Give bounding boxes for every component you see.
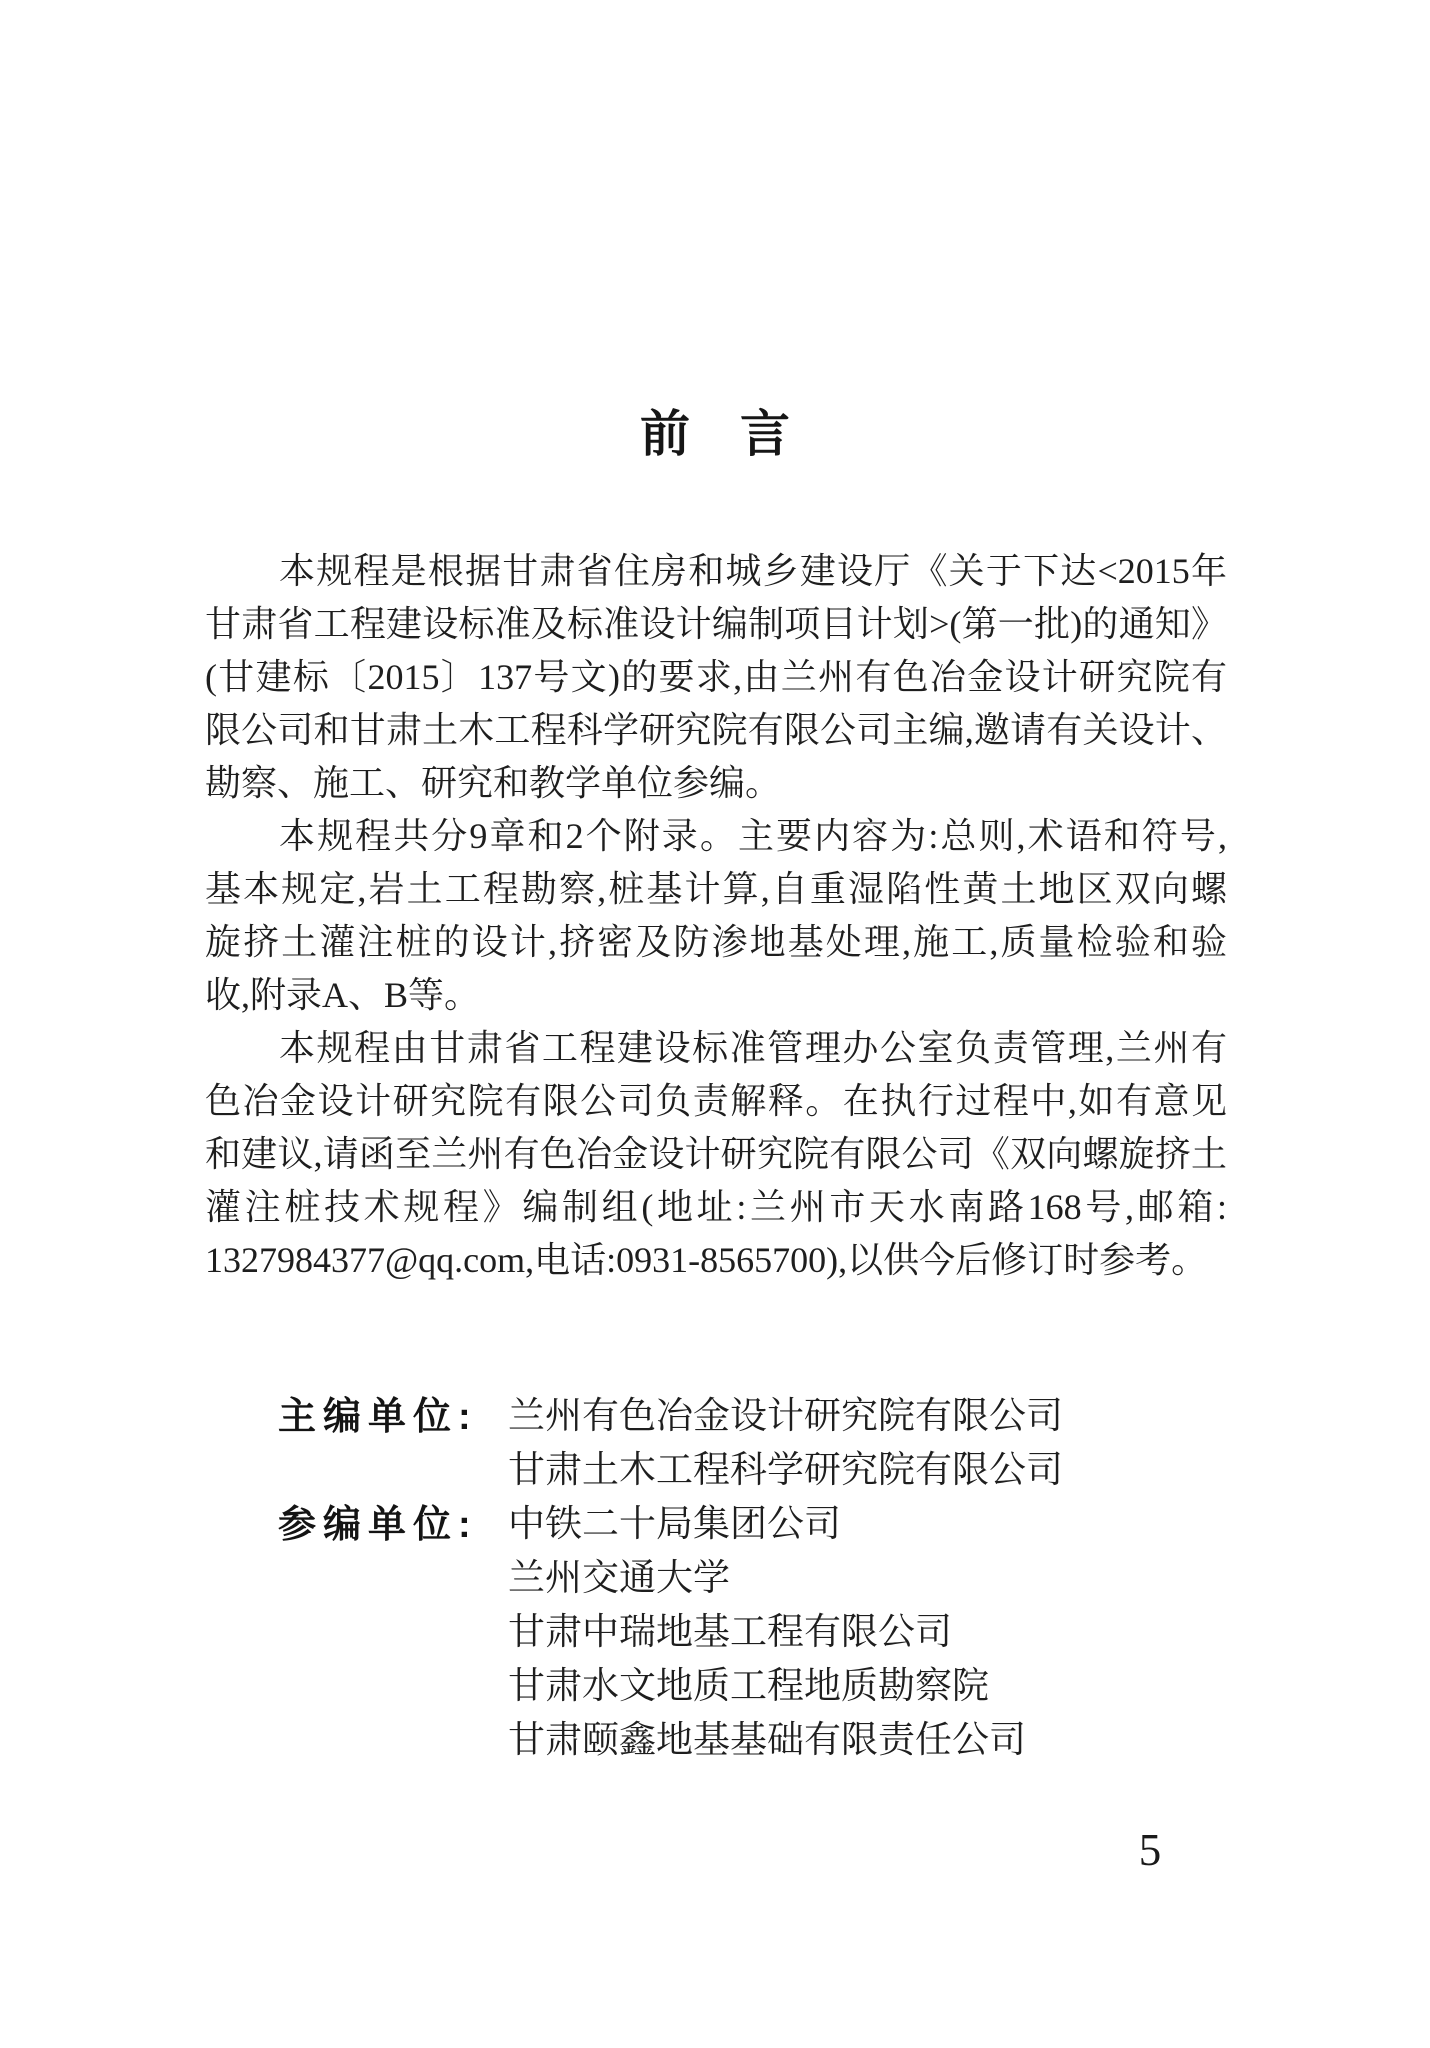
preface-line: (甘建标〔2015〕137号文)的要求,由兰州有色冶金设计研究院有	[205, 651, 1227, 704]
organization-name: 甘肃中瑞地基工程有限公司	[508, 1606, 1026, 1660]
participating-unit-row: 参编单位: 中铁二十局集团公司 兰州交通大学 甘肃中瑞地基工程有限公司 甘肃水文…	[278, 1498, 1063, 1768]
paragraph: 本规程共分9章和2个附录。主要内容为:总则,术语和符号, 基本规定,岩土工程勘察…	[205, 810, 1227, 1022]
chief-editing-unit-row: 主编单位: 兰州有色冶金设计研究院有限公司 甘肃土木工程科学研究院有限公司	[278, 1390, 1063, 1498]
organization-name: 中铁二十局集团公司	[508, 1498, 1026, 1552]
page-number: 5	[1090, 1824, 1210, 1876]
preface-line: 收,附录A、B等。	[205, 969, 1227, 1022]
preface-line: 限公司和甘肃土木工程科学研究院有限公司主编,邀请有关设计、	[205, 704, 1227, 757]
organization-name: 兰州有色冶金设计研究院有限公司	[508, 1390, 1063, 1444]
credits-section: 主编单位: 兰州有色冶金设计研究院有限公司 甘肃土木工程科学研究院有限公司 参编…	[278, 1390, 1063, 1768]
preface-body: 本规程是根据甘肃省住房和城乡建设厅《关于下达<2015年 甘肃省工程建设标准及标…	[205, 545, 1227, 1287]
document-page: 前 言 本规程是根据甘肃省住房和城乡建设厅《关于下达<2015年 甘肃省工程建设…	[0, 0, 1430, 2048]
preface-line: 本规程共分9章和2个附录。主要内容为:总则,术语和符号,	[205, 810, 1227, 863]
organization-name: 兰州交通大学	[508, 1552, 1026, 1606]
chief-editing-unit-label: 主编单位:	[278, 1390, 508, 1444]
organization-name: 甘肃土木工程科学研究院有限公司	[508, 1444, 1063, 1498]
preface-line: 1327984377@qq.com,电话:0931-8565700),以供今后修…	[205, 1234, 1227, 1287]
chief-editing-unit-list: 兰州有色冶金设计研究院有限公司 甘肃土木工程科学研究院有限公司	[508, 1390, 1063, 1498]
preface-line: 和建议,请函至兰州有色冶金设计研究院有限公司《双向螺旋挤土	[205, 1128, 1227, 1181]
preface-line: 本规程由甘肃省工程建设标准管理办公室负责管理,兰州有	[205, 1022, 1227, 1075]
preface-line: 勘察、施工、研究和教学单位参编。	[205, 757, 1227, 810]
preface-line: 本规程是根据甘肃省住房和城乡建设厅《关于下达<2015年	[205, 545, 1227, 598]
paragraph: 本规程是根据甘肃省住房和城乡建设厅《关于下达<2015年 甘肃省工程建设标准及标…	[205, 545, 1227, 810]
organization-name: 甘肃颐鑫地基基础有限责任公司	[508, 1714, 1026, 1768]
preface-line: 灌注桩技术规程》编制组(地址:兰州市天水南路168号,邮箱:	[205, 1181, 1227, 1234]
participating-unit-label: 参编单位:	[278, 1498, 508, 1552]
paragraph: 本规程由甘肃省工程建设标准管理办公室负责管理,兰州有 色冶金设计研究院有限公司负…	[205, 1022, 1227, 1287]
participating-unit-list: 中铁二十局集团公司 兰州交通大学 甘肃中瑞地基工程有限公司 甘肃水文地质工程地质…	[508, 1498, 1026, 1768]
page-title: 前 言	[0, 406, 1430, 462]
preface-line: 甘肃省工程建设标准及标准设计编制项目计划>(第一批)的通知》	[205, 598, 1227, 651]
preface-line: 基本规定,岩土工程勘察,桩基计算,自重湿陷性黄土地区双向螺	[205, 863, 1227, 916]
organization-name: 甘肃水文地质工程地质勘察院	[508, 1660, 1026, 1714]
preface-line: 旋挤土灌注桩的设计,挤密及防渗地基处理,施工,质量检验和验	[205, 916, 1227, 969]
preface-line: 色冶金设计研究院有限公司负责解释。在执行过程中,如有意见	[205, 1075, 1227, 1128]
